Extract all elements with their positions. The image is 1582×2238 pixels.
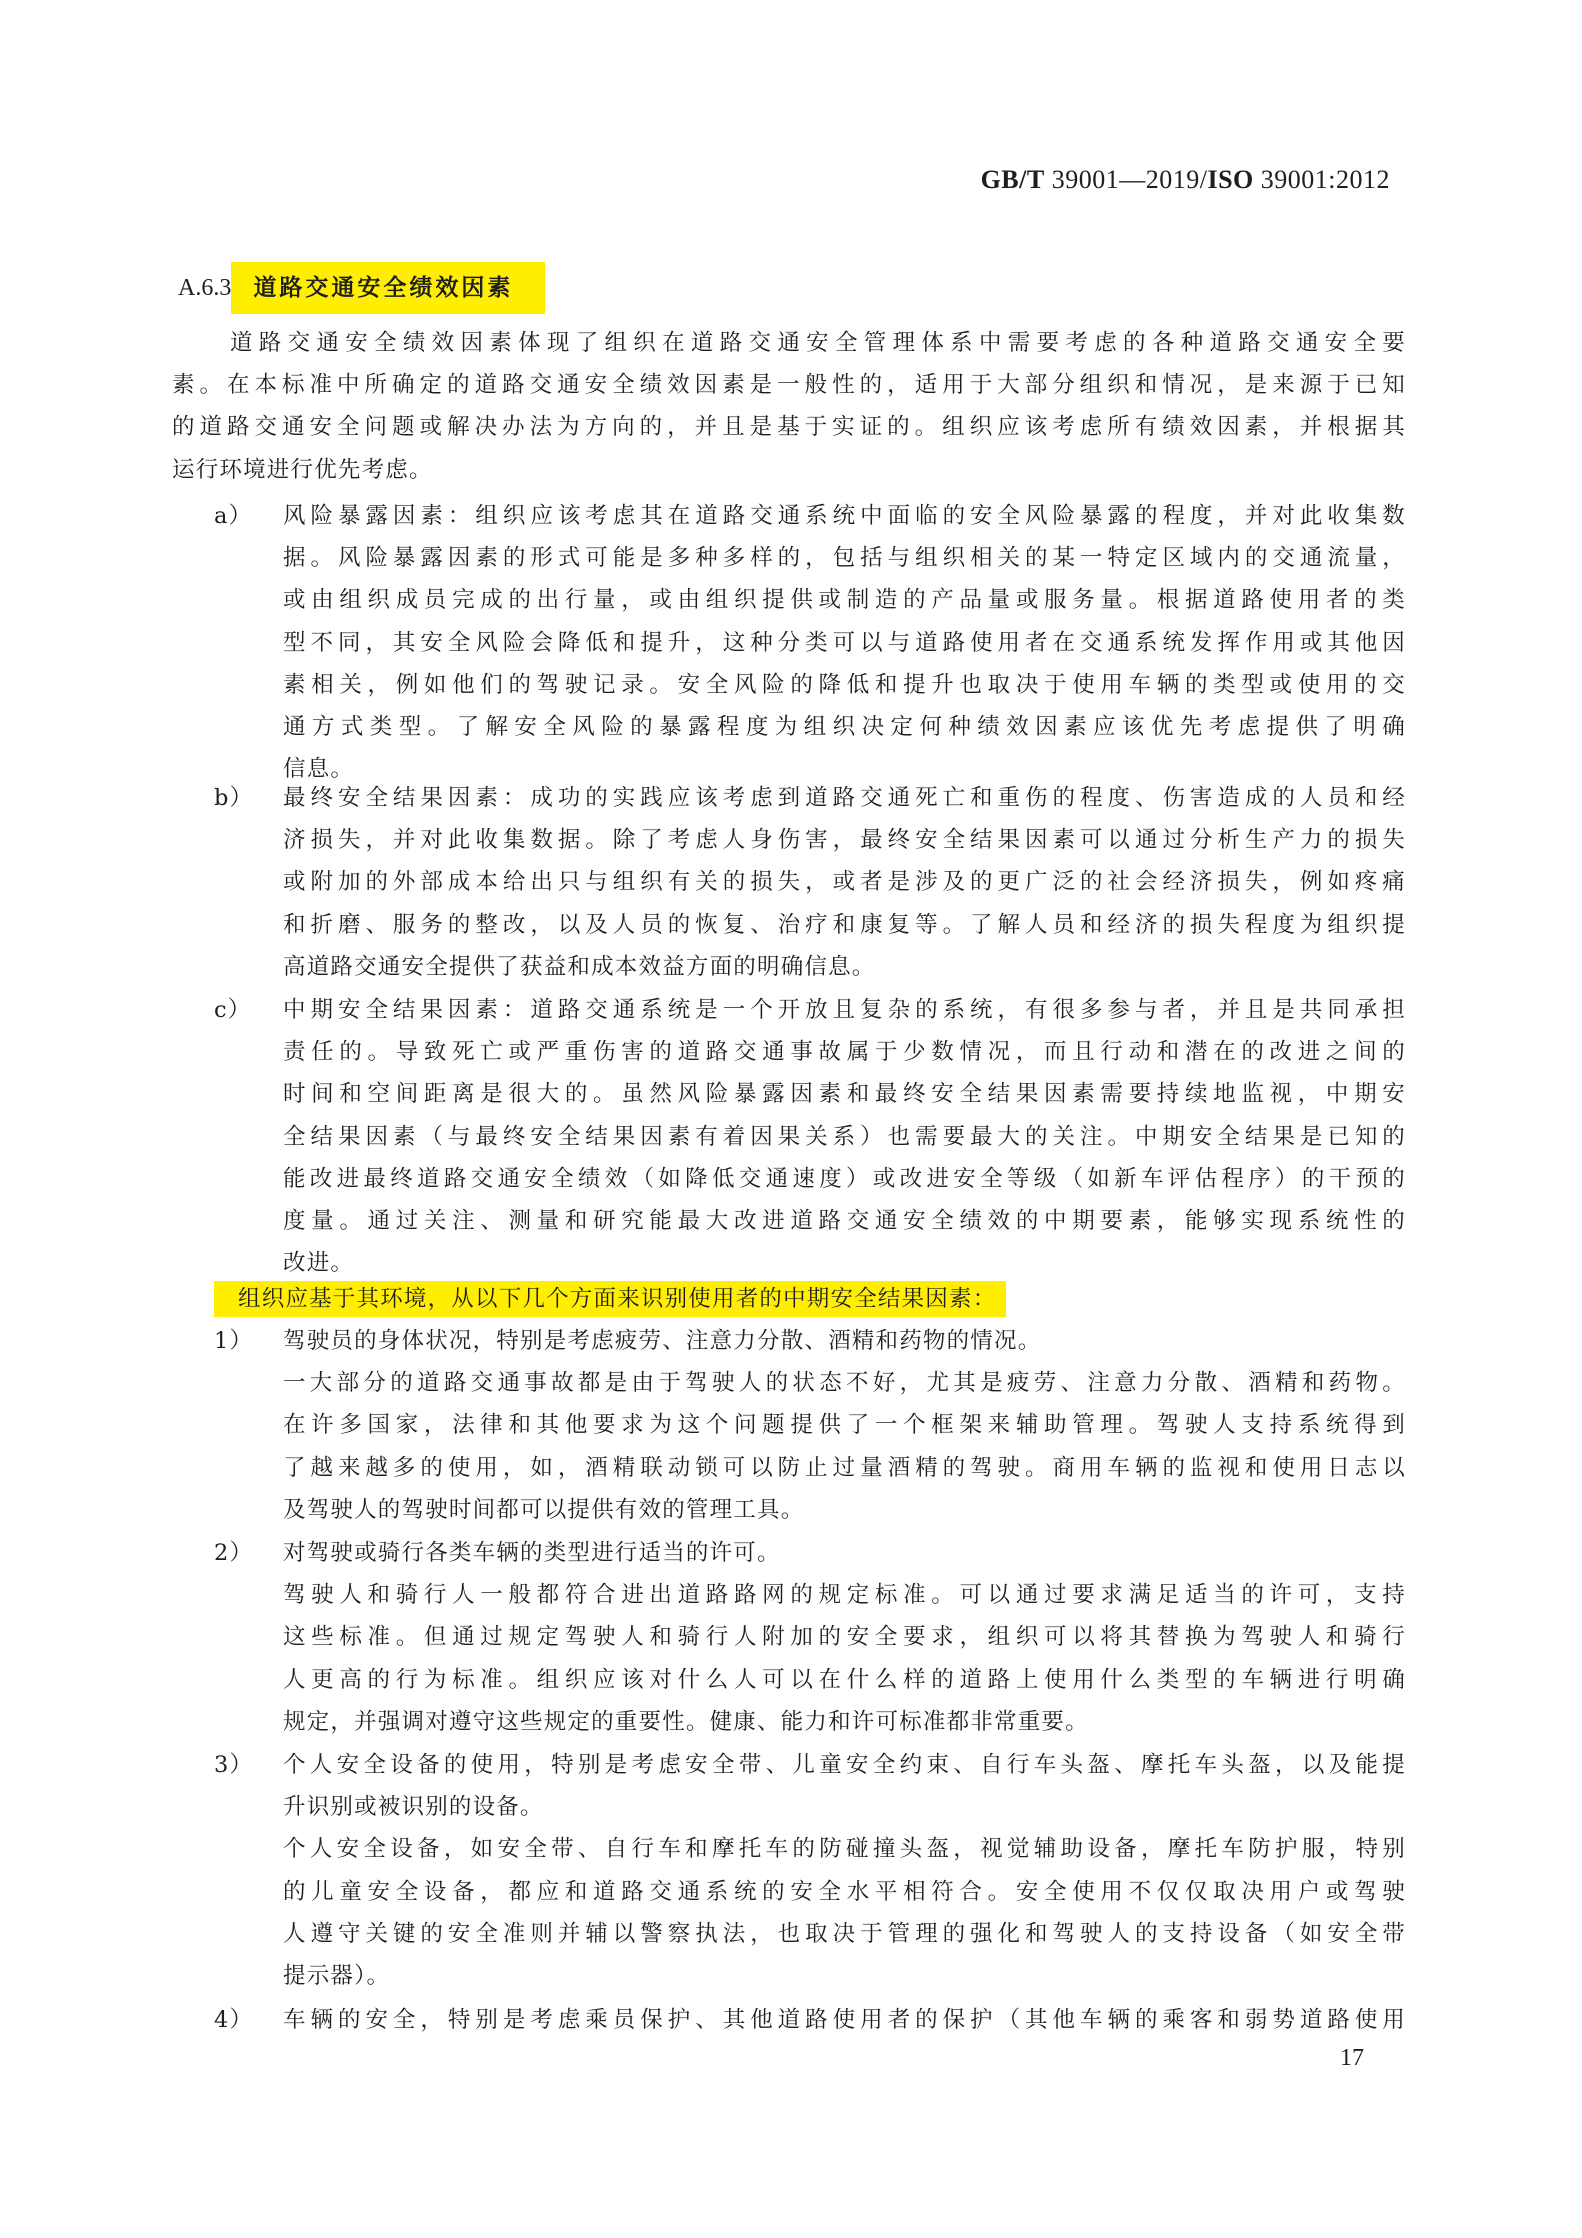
numbered-label: 2）: [214, 1535, 253, 1567]
list-item-line: 中期安全结果因素：道路交通系统是一个开放且复杂的系统，有很多参与者，并且是共同承…: [283, 992, 1406, 1024]
numbered-item-line: 了越来越多的使用，如，酒精联动锁可以防止过量酒精的驾驶。商用车辆的监视和使用日志…: [283, 1450, 1406, 1482]
list-item-line: 能改进最终道路交通安全绩效（如降低交通速度）或改进安全等级（如新车评估程序）的干…: [283, 1161, 1406, 1193]
numbered-item-line: 规定，并强调对遵守这些规定的重要性。健康、能力和许可标准都非常重要。: [283, 1704, 1089, 1736]
intro-line: 的道路交通安全问题或解决办法为方向的，并且是基于实证的。组织应该考虑所有绩效因素…: [172, 409, 1406, 441]
highlighted-sentence: 组织应基于其环境，从以下几个方面来识别使用者的中期安全结果因素：: [214, 1281, 1006, 1317]
list-label: a）: [214, 498, 252, 530]
numbered-item-line: 驾驶人和骑行人一般都符合进出道路路网的规定标准。可以通过要求满足适当的许可，支持: [283, 1577, 1406, 1609]
list-item-line: 或附加的外部成本给出只与组织有关的损失，或者是涉及的更广泛的社会经济损失，例如疼…: [283, 864, 1406, 896]
numbered-item-line: 人遵守关键的安全准则并辅以警察执法，也取决于管理的强化和驾驶人的支持设备（如安全…: [283, 1916, 1406, 1948]
section-number: A.6.3: [178, 275, 231, 302]
list-item-line: 改进。: [283, 1245, 354, 1277]
list-item-line: 全结果因素（与最终安全结果因素有着因果关系）也需要最大的关注。中期安全结果是已知…: [283, 1119, 1406, 1151]
numbered-item-line: 的儿童安全设备，都应和道路交通系统的安全水平相符合。安全使用不仅仅取决用户或驾驶: [283, 1874, 1406, 1906]
list-item-line: 素相关，例如他们的驾驶记录。安全风险的降低和提升也取决于使用车辆的类型或使用的交: [283, 667, 1406, 699]
section-heading: A.6.3 道路交通安全绩效因素: [178, 262, 545, 314]
intro-line: 运行环境进行优先考虑。: [172, 452, 1406, 484]
intro-line: 素。在本标准中所确定的道路交通安全绩效因素是一般性的，适用于大部分组织和情况，是…: [172, 367, 1406, 399]
list-item-line: 和折磨、服务的整改，以及人员的恢复、治疗和康复等。了解人员和经济的损失程度为组织…: [283, 907, 1406, 939]
section-title-highlighted: 道路交通安全绩效因素: [231, 262, 545, 314]
list-item-line: 责任的。导致死亡或严重伤害的道路交通事故属于少数情况，而且行动和潜在的改进之间的: [283, 1034, 1406, 1066]
list-item-line: 最终安全结果因素：成功的实践应该考虑到道路交通死亡和重伤的程度、伤害造成的人员和…: [283, 780, 1406, 812]
list-item-line: 风险暴露因素：组织应该考虑其在道路交通系统中面临的安全风险暴露的程度，并对此收集…: [283, 498, 1406, 530]
numbered-item-line: 个人安全设备，如安全带、自行车和摩托车的防碰撞头盔，视觉辅助设备，摩托车防护服，…: [283, 1831, 1406, 1863]
numbered-item-line: 一大部分的道路交通事故都是由于驾驶人的状态不好，尤其是疲劳、注意力分散、酒精和药…: [283, 1365, 1406, 1397]
list-item-line: 时间和空间距离是很大的。虽然风险暴露因素和最终安全结果因素需要持续地监视，中期安: [283, 1076, 1406, 1108]
list-label: c）: [214, 992, 252, 1024]
intro-line: 道路交通安全绩效因素体现了组织在道路交通安全管理体系中需要考虑的各种道路交通安全…: [230, 325, 1406, 357]
numbered-item-line: 车辆的安全，特别是考虑乘员保护、其他道路使用者的保护（其他车辆的乘客和弱势道路使…: [283, 2002, 1406, 2034]
list-item-line: 通方式类型。了解安全风险的暴露程度为组织决定何种绩效因素应该优先考虑提供了明确: [283, 709, 1406, 741]
list-item-line: 或由组织成员完成的出行量，或由组织提供或制造的产品量或服务量。根据道路使用者的类: [283, 582, 1406, 614]
numbered-item-line: 驾驶员的身体状况，特别是考虑疲劳、注意力分散、酒精和药物的情况。: [283, 1323, 1041, 1355]
list-label: b）: [214, 780, 253, 812]
document-header: GB/T 39001—2019/ISO 39001:2012: [981, 165, 1390, 195]
numbered-item-line: 这些标准。但通过规定驾驶人和骑行人附加的安全要求，组织可以将其替换为驾驶人和骑行: [283, 1619, 1406, 1651]
standard-code: GB/T: [981, 165, 1045, 194]
numbered-item-line: 对驾驶或骑行各类车辆的类型进行适当的许可。: [283, 1535, 781, 1567]
list-item-line: 信息。: [283, 751, 354, 783]
numbered-item-line: 个人安全设备的使用，特别是考虑安全带、儿童安全约束、自行车头盔、摩托车头盔，以及…: [283, 1747, 1406, 1779]
list-item-line: 高道路交通安全提供了获益和成本效益方面的明确信息。: [283, 949, 876, 981]
numbered-item-line: 提示器）。: [283, 1958, 390, 1990]
numbered-label: 1）: [214, 1323, 253, 1355]
standard-number: 39001—2019/: [1045, 165, 1208, 194]
list-item-line: 据。风险暴露因素的形式可能是多种多样的，包括与组织相关的某一特定区域内的交通流量…: [283, 540, 1406, 572]
list-item-line: 型不同，其安全风险会降低和提升，这种分类可以与道路使用者在交通系统发挥作用或其他…: [283, 625, 1406, 657]
numbered-label: 3）: [214, 1747, 253, 1779]
numbered-item-line: 升识别或被识别的设备。: [283, 1789, 544, 1821]
iso-number: 39001:2012: [1254, 165, 1390, 194]
list-item-line: 济损失，并对此收集数据。除了考虑人身伤害，最终安全结果因素可以通过分析生产力的损…: [283, 822, 1406, 854]
numbered-item-line: 在许多国家，法律和其他要求为这个问题提供了一个框架来辅助管理。驾驶人支持系统得到: [283, 1407, 1406, 1439]
numbered-item-line: 及驾驶人的驾驶时间都可以提供有效的管理工具。: [283, 1492, 804, 1524]
page-number: 17: [1340, 2045, 1364, 2072]
numbered-label: 4）: [214, 2002, 253, 2034]
numbered-item-line: 人更高的行为标准。组织应该对什么人可以在什么样的道路上使用什么类型的车辆进行明确: [283, 1662, 1406, 1694]
iso-label: ISO: [1207, 165, 1253, 194]
list-item-line: 度量。通过关注、测量和研究能最大改进道路交通安全绩效的中期要素，能够实现系统性的: [283, 1203, 1406, 1235]
